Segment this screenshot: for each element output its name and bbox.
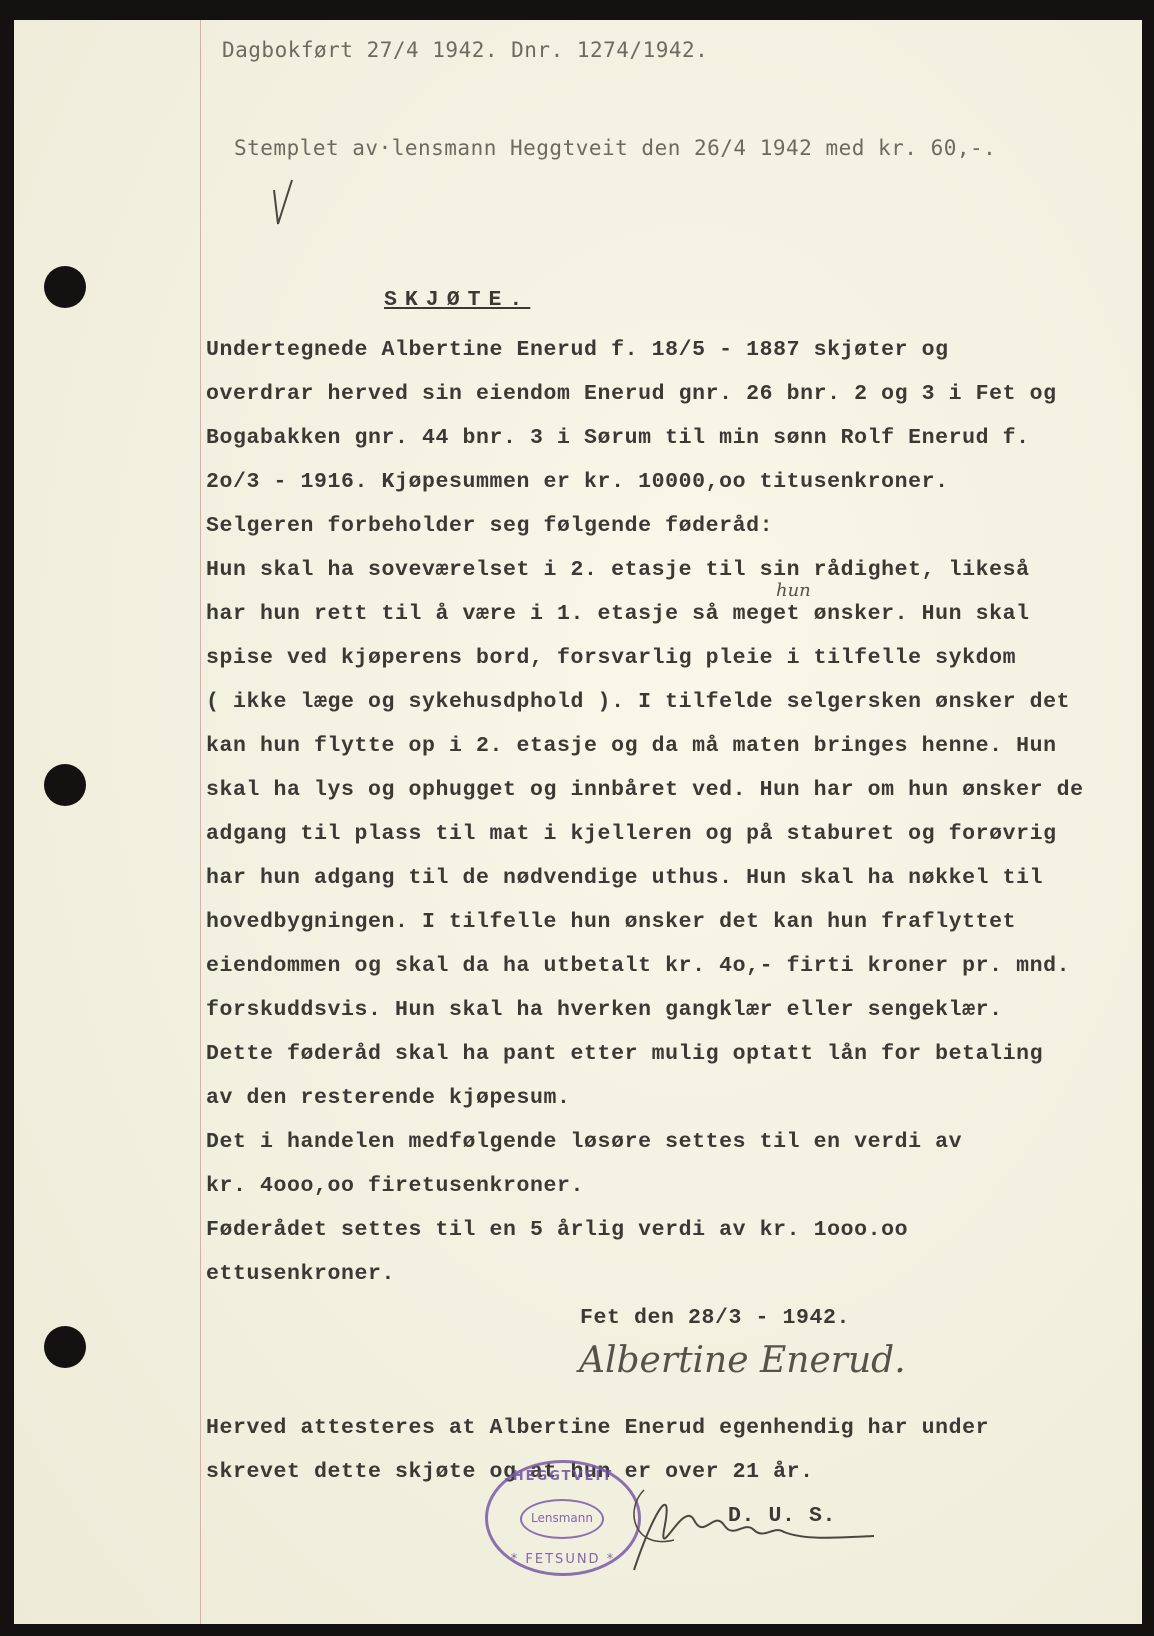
lensmann-signature-icon	[614, 1470, 884, 1580]
check-mark-icon	[272, 178, 294, 226]
stamp-middle-text: Lensmann	[520, 1499, 604, 1539]
journal-line: Dagbokført 27/4 1942. Dnr. 1274/1942.	[222, 38, 708, 62]
body-line: kr. 4ooo,oo firetusenkroner.	[206, 1174, 584, 1198]
handwritten-insert: hun	[776, 580, 811, 601]
body-line: eiendommen og skal da ha utbetalt kr. 4o…	[206, 954, 1070, 978]
body-line: av den resterende kjøpesum.	[206, 1086, 571, 1110]
punch-hole-icon	[44, 1326, 86, 1368]
stamp-fee-line: Stemplet av·lensmann Heggtveit den 26/4 …	[234, 136, 996, 160]
body-line: har hun adgang til de nødvendige uthus. …	[206, 866, 1043, 890]
body-line: Dette føderåd skal ha pant etter mulig o…	[206, 1042, 1043, 1066]
place-date: Fet den 28/3 - 1942.	[580, 1306, 850, 1330]
body-line: Det i handelen medfølgende løsøre settes…	[206, 1130, 962, 1154]
body-line: Føderådet settes til en 5 årlig verdi av…	[206, 1218, 908, 1242]
punch-hole-icon	[44, 764, 86, 806]
body-line: overdrar herved sin eiendom Enerud gnr. …	[206, 382, 1057, 406]
body-line: Selgeren forbeholder seg følgende føderå…	[206, 514, 773, 538]
body-line: Undertegnede Albertine Enerud f. 18/5 - …	[206, 338, 949, 362]
body-line: forskuddsvis. Hun skal ha hverken gangkl…	[206, 998, 1003, 1022]
margin-line	[200, 20, 201, 1624]
body-line: spise ved kjøperens bord, forsvarlig ple…	[206, 646, 1016, 670]
document-page: Dagbokført 27/4 1942. Dnr. 1274/1942. St…	[14, 20, 1142, 1624]
punch-hole-icon	[44, 266, 86, 308]
seller-signature: Albertine Enerud.	[579, 1340, 906, 1381]
body-line: 2o/3 - 1916. Kjøpesummen er kr. 10000,oo…	[206, 470, 949, 494]
body-line: adgang til plass til mat i kjelleren og …	[206, 822, 1057, 846]
body-line: Hun skal ha soveværelset i 2. etasje til…	[206, 558, 1030, 582]
body-line: ( ikke læge og sykehusdphold ). I tilfel…	[206, 690, 1070, 714]
attestation-line: Herved attesteres at Albertine Enerud eg…	[206, 1416, 989, 1440]
body-line: hovedbygningen. I tilfelle hun ønsker de…	[206, 910, 1016, 934]
body-line: skal ha lys og ophugget og innbåret ved.…	[206, 778, 1084, 802]
body-line: kan hun flytte op i 2. etasje og da må m…	[206, 734, 1057, 758]
document-title: SKJØTE.	[384, 288, 530, 312]
body-line: Bogabakken gnr. 44 bnr. 3 i Sørum til mi…	[206, 426, 1030, 450]
body-line: ettusenkroner.	[206, 1262, 395, 1286]
body-line: har hun rett til å være i 1. etasje så m…	[206, 602, 1030, 626]
